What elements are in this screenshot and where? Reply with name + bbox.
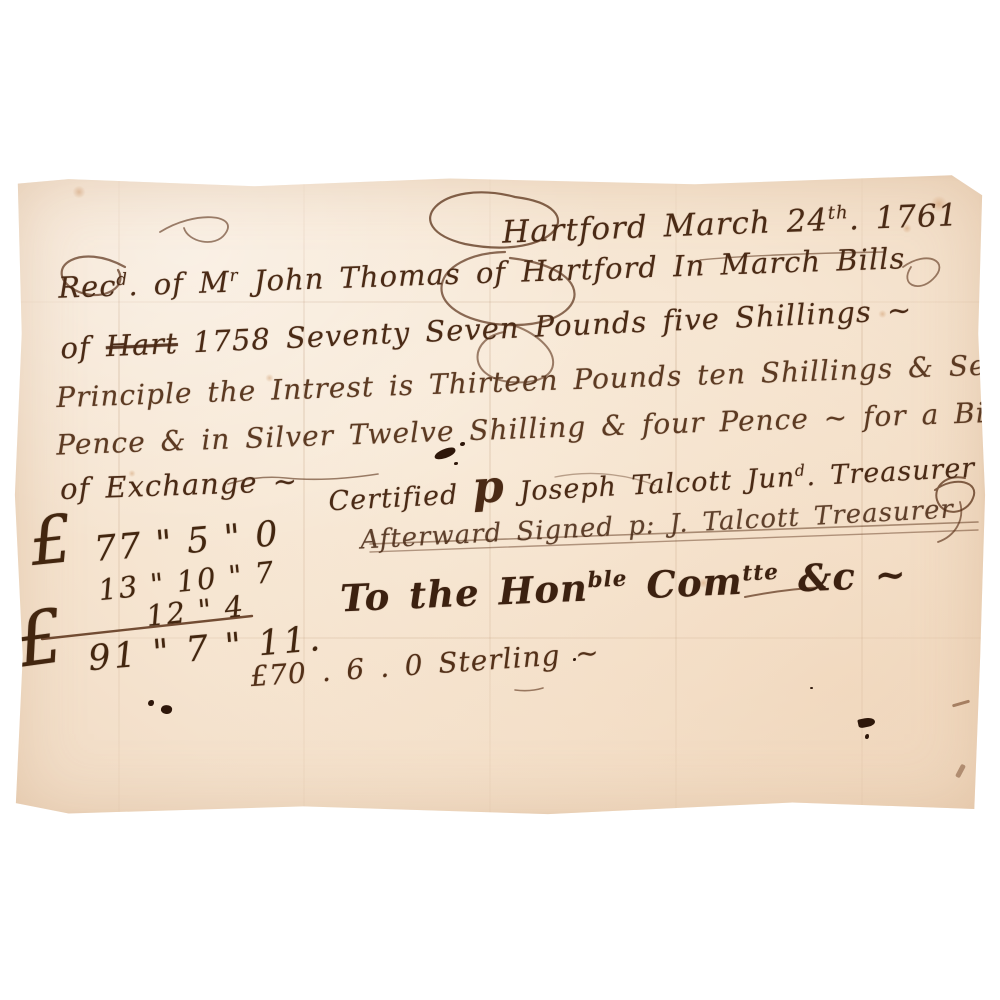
ink-scratch bbox=[952, 700, 970, 708]
manuscript-line-address: To the Honble Comtte &c ~ bbox=[339, 552, 907, 621]
manuscript-line-received: Recd. of Mr John Thomas of Hartford In M… bbox=[58, 241, 906, 305]
ink-blot bbox=[810, 687, 813, 689]
ink-blot bbox=[454, 462, 458, 465]
manuscript-line-exchange: of Exchange ~ bbox=[59, 464, 298, 506]
ink-scratch bbox=[955, 764, 966, 779]
photo-background: Hartford March 24th. 1761 Recd. of Mr Jo… bbox=[0, 0, 1000, 1000]
pound-sign: £ bbox=[10, 593, 69, 685]
ink-blot bbox=[857, 716, 875, 728]
ink-blot bbox=[160, 704, 173, 716]
age-spot bbox=[72, 186, 86, 198]
ink-blot bbox=[865, 734, 869, 739]
manuscript-line-amount: of Hart 1758 Seventy Seven Pounds five S… bbox=[60, 293, 913, 366]
document-paper: Hartford March 24th. 1761 Recd. of Mr Jo… bbox=[10, 172, 988, 818]
pound-sign: £ bbox=[26, 500, 76, 581]
ink-blot bbox=[148, 700, 154, 706]
